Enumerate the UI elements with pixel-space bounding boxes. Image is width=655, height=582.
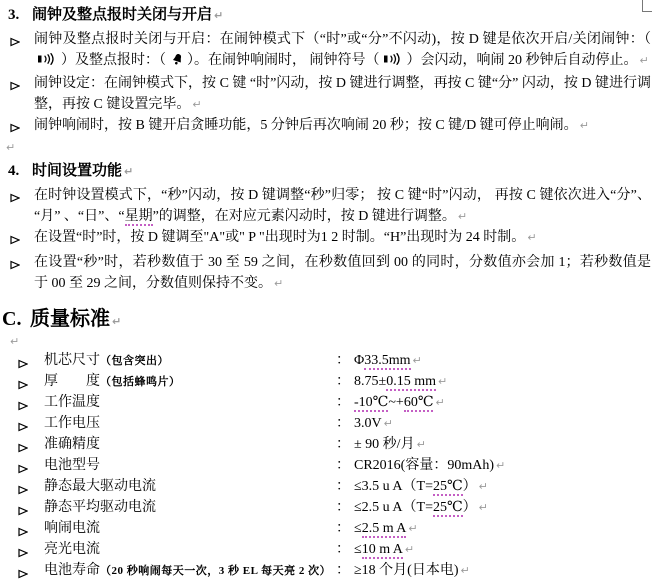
- section-4-number: 4.: [8, 160, 32, 182]
- text-boundary-corner-mark: [642, 0, 652, 12]
- spec-label: 静态最大驱动电流: [44, 476, 156, 497]
- spec-row: 准确精度：± 90 秒/月↵: [0, 434, 655, 455]
- paragraph-mark: ↵: [408, 522, 417, 535]
- spellcheck-underlined-text: 33.5mm: [364, 353, 410, 370]
- text-segment: 在设置“时”时，按 D 键调至"A"或" P "出现时为1 2 时制。“H”出现…: [34, 230, 525, 245]
- paragraph-mark: ↵: [496, 459, 505, 472]
- document-page: 3. 闹钟及整点报时关闭与开启 ↵ 闹钟及整点报时关闭与开启：在闹钟模式下（“时…: [0, 0, 655, 582]
- text-segment: ≤3.5 u A（T=: [354, 479, 433, 494]
- seconds-rule-text: 在设置“秒”时，若秒数值于 30 至 59 之间，在秒数值回到 00 的同时，分…: [34, 252, 651, 294]
- alarm-setting-paragraph: 闹钟设定：在闹钟模式下，按 C 键 “时”闪动，按 D 键进行调整，再按 C 键…: [10, 73, 655, 115]
- seconds-rule-paragraph: 在设置“秒”时，若秒数值于 30 至 59 之间，在秒数值回到 00 的同时，分…: [10, 252, 655, 294]
- arrow-bullet-icon: [10, 252, 34, 294]
- spec-label: 工作温度: [44, 392, 100, 413]
- spec-colon: ：: [336, 455, 350, 476]
- spec-value: ：≤3.5 u A（T=25℃）↵: [336, 476, 488, 497]
- snooze-text: 闹钟响闹时，按 B 键开启贪睡功能，5 分钟后再次响闹 20 秒；按 C 键/D…: [34, 115, 651, 140]
- alarm-onoff-text: 闹钟及整点报时关闭与开启：在闹钟模式下（“时”或“分”不闪动)，按 D 键是依次…: [34, 29, 651, 73]
- text-segment: ± 90 秒/月: [354, 437, 415, 452]
- spec-colon: ：: [336, 371, 350, 392]
- spec-row: 工作温度：-10℃~+60℃↵: [0, 392, 655, 413]
- spec-label: 响闹电流: [44, 518, 100, 539]
- spec-value: ：3.0V↵: [336, 413, 393, 434]
- arrow-bullet-icon: [10, 185, 34, 227]
- spellcheck-underlined-text: 10 m A: [362, 542, 403, 559]
- text-segment: 闹钟设定：在闹钟模式下，按 C 键 “时”闪动，按 D 键进行调整，再按 C 键…: [34, 76, 651, 112]
- text-segment: ≤2.5 u A（T=: [354, 500, 433, 515]
- paragraph-mark: ↵: [435, 396, 444, 409]
- spec-label-note: （包括蜂鸣片）: [100, 376, 181, 388]
- section-3-heading: 3. 闹钟及整点报时关闭与开启 ↵: [8, 4, 655, 27]
- section-4-title: 时间设置功能: [32, 160, 122, 182]
- spellcheck-underlined-text: 0.15 mm: [386, 374, 436, 391]
- arrow-bullet-icon: [10, 227, 34, 252]
- spec-label: 静态平均驱动电流: [44, 497, 156, 518]
- spec-row: 亮光电流：≤10 m A↵: [0, 539, 655, 560]
- paragraph-mark: ↵: [413, 354, 422, 367]
- paragraph-mark: ↵: [384, 417, 393, 430]
- spec-label-note: （包含突出）: [100, 355, 169, 367]
- spec-value: ：-10℃~+60℃↵: [336, 392, 445, 413]
- text-segment: ）及整点报时：（: [61, 53, 166, 68]
- spellcheck-underlined-text: 2.5 m A: [362, 521, 407, 538]
- section-c-title: 质量标准: [30, 306, 110, 332]
- text-segment: 3.0V: [354, 416, 382, 431]
- spec-label: 厚 度（包括蜂鸣片）: [44, 371, 181, 393]
- spec-colon: ：: [336, 392, 350, 413]
- spec-row: 静态平均驱动电流：≤2.5 u A（T=25℃）↵: [0, 497, 655, 518]
- paragraph-mark: ↵: [10, 335, 19, 348]
- text-segment: ）: [463, 500, 477, 515]
- paragraph-mark: ↵: [458, 210, 467, 223]
- spellcheck-underlined-text: 25℃: [433, 479, 463, 496]
- spellcheck-underlined-text: 60℃: [404, 395, 434, 412]
- paragraph-mark: ↵: [417, 438, 426, 451]
- text-segment: ≥18 个月(日本电): [354, 563, 459, 578]
- text-segment: ≤: [354, 542, 362, 557]
- spec-label: 工作电压: [44, 413, 100, 434]
- text-segment: Φ: [354, 353, 364, 368]
- text-segment: ≤: [354, 521, 362, 536]
- spec-value: ：Φ33.5mm↵: [336, 350, 422, 371]
- spec-label: 亮光电流: [44, 539, 100, 560]
- spec-label: 电池型号: [44, 455, 100, 476]
- text-segment: ”的调整，在对应元素闪动时，按 D 键进行调整。: [153, 209, 456, 224]
- empty-paragraph: ↵: [4, 140, 655, 156]
- paragraph-mark: ↵: [112, 309, 121, 335]
- text-segment: CR2016(容量：90mAh): [354, 458, 494, 473]
- spec-value: ：± 90 秒/月↵: [336, 434, 426, 455]
- text-segment: ~+: [388, 395, 403, 410]
- section-c-letter: C.: [2, 306, 30, 332]
- paragraph-mark: ↵: [274, 277, 283, 290]
- spec-label: 准确精度: [44, 434, 100, 455]
- spec-value: ：≤10 m A↵: [336, 539, 414, 560]
- alarm-setting-text: 闹钟设定：在闹钟模式下，按 C 键 “时”闪动，按 D 键进行调整，再按 C 键…: [34, 73, 651, 115]
- spec-value: ：≤2.5 u A（T=25℃）↵: [336, 497, 488, 518]
- time-setting-paragraph: 在时钟设置模式下，“秒”闪动，按 D 键调整“秒”归零； 按 C 键“时”闪动，…: [10, 185, 655, 227]
- spec-row: 工作电压：3.0V↵: [0, 413, 655, 434]
- arrow-bullet-icon: [18, 565, 28, 582]
- paragraph-mark: ↵: [192, 98, 201, 111]
- spec-value: ：8.75±0.15 mm↵: [336, 371, 447, 392]
- spec-value: ：CR2016(容量：90mAh)↵: [336, 455, 505, 476]
- paragraph-mark: ↵: [461, 564, 470, 577]
- spec-colon: ：: [336, 539, 350, 560]
- time-setting-text: 在时钟设置模式下，“秒”闪动，按 D 键调整“秒”归零； 按 C 键“时”闪动，…: [34, 185, 651, 227]
- paragraph-mark: ↵: [214, 5, 223, 27]
- spec-row: 响闹电流：≤2.5 m A↵: [0, 518, 655, 539]
- spec-colon: ：: [336, 518, 350, 539]
- paragraph-mark: ↵: [580, 119, 589, 132]
- chime-bell-icon: [167, 51, 186, 75]
- spec-row: 静态最大驱动电流：≤3.5 u A（T=25℃）↵: [0, 476, 655, 497]
- spec-value: ：≤2.5 m A↵: [336, 518, 418, 539]
- arrow-bullet-icon: [10, 73, 34, 115]
- spec-row: 厚 度（包括蜂鸣片）：8.75±0.15 mm↵: [0, 371, 655, 392]
- text-segment: ）。在闹钟响闹时， 闹钟符号（: [187, 53, 380, 68]
- paragraph-mark: ↵: [527, 231, 536, 244]
- spellcheck-underlined-text: 25℃: [433, 500, 463, 517]
- spec-label: 电池寿命（20 秒响闹每天一次，3 秒 EL 每天亮 2 次）: [44, 560, 331, 582]
- text-segment: 在设置“秒”时，若秒数值于 30 至 59 之间，在秒数值回到 00 的同时，分…: [34, 255, 651, 291]
- section-c-heading: C. 质量标准 ↵: [2, 306, 655, 335]
- spec-colon: ：: [336, 497, 350, 518]
- section-3-number: 3.: [8, 4, 32, 26]
- speaker-alarm-icon: [37, 51, 58, 72]
- spec-colon: ：: [336, 560, 350, 581]
- spec-row: 机芯尺寸（包含突出）：Φ33.5mm↵: [0, 350, 655, 371]
- text-segment: ）: [463, 479, 477, 494]
- spec-colon: ：: [336, 413, 350, 434]
- paragraph-mark: ↵: [479, 501, 488, 514]
- spec-value: ：≥18 个月(日本电)↵: [336, 560, 470, 581]
- paragraph-mark: ↵: [640, 54, 649, 67]
- section-3-title: 闹钟及整点报时关闭与开启: [32, 4, 212, 26]
- paragraph-mark: ↵: [438, 375, 447, 388]
- section-4-heading: 4. 时间设置功能 ↵: [8, 160, 655, 183]
- hour-format-text: 在设置“时”时，按 D 键调至"A"或" P "出现时为1 2 时制。“H”出现…: [34, 227, 651, 252]
- spec-row: 电池寿命（20 秒响闹每天一次，3 秒 EL 每天亮 2 次）：≥18 个月(日…: [0, 560, 655, 581]
- spec-colon: ：: [336, 350, 350, 371]
- text-segment: 8.75±: [354, 374, 386, 389]
- text-segment: 闹钟响闹时，按 B 键开启贪睡功能，5 分钟后再次响闹 20 秒；按 C 键/D…: [34, 118, 578, 133]
- empty-paragraph: ↵: [8, 335, 655, 348]
- spec-row: 电池型号：CR2016(容量：90mAh)↵: [0, 455, 655, 476]
- hour-format-paragraph: 在设置“时”时，按 D 键调至"A"或" P "出现时为1 2 时制。“H”出现…: [10, 227, 655, 252]
- arrow-bullet-icon: [10, 29, 34, 73]
- paragraph-mark: ↵: [405, 543, 414, 556]
- spec-list: 机芯尺寸（包含突出）：Φ33.5mm↵厚 度（包括蜂鸣片）：8.75±0.15 …: [0, 350, 655, 581]
- spec-colon: ：: [336, 434, 350, 455]
- spellcheck-underlined-text: -10℃: [354, 395, 388, 412]
- text-segment: 闹钟及整点报时关闭与开启：在闹钟模式下（“时”或“分”不闪动)，按 D 键是依次…: [34, 32, 651, 47]
- paragraph-mark: ↵: [479, 480, 488, 493]
- spec-colon: ：: [336, 476, 350, 497]
- speaker-alarm-icon: [383, 51, 404, 72]
- spec-label: 机芯尺寸（包含突出）: [44, 350, 169, 372]
- alarm-onoff-paragraph: 闹钟及整点报时关闭与开启：在闹钟模式下（“时”或“分”不闪动)，按 D 键是依次…: [10, 29, 655, 73]
- snooze-paragraph: 闹钟响闹时，按 B 键开启贪睡功能，5 分钟后再次响闹 20 秒；按 C 键/D…: [10, 115, 655, 140]
- arrow-bullet-icon: [10, 115, 34, 140]
- spellcheck-underlined-text: 星期: [125, 209, 153, 226]
- paragraph-mark: ↵: [6, 141, 15, 154]
- text-segment: ）会闪动，响闹 20 秒钟后自动停止。: [407, 53, 638, 68]
- paragraph-mark: ↵: [124, 161, 133, 183]
- spec-label-note: （20 秒响闹每天一次，3 秒 EL 每天亮 2 次）: [100, 565, 331, 577]
